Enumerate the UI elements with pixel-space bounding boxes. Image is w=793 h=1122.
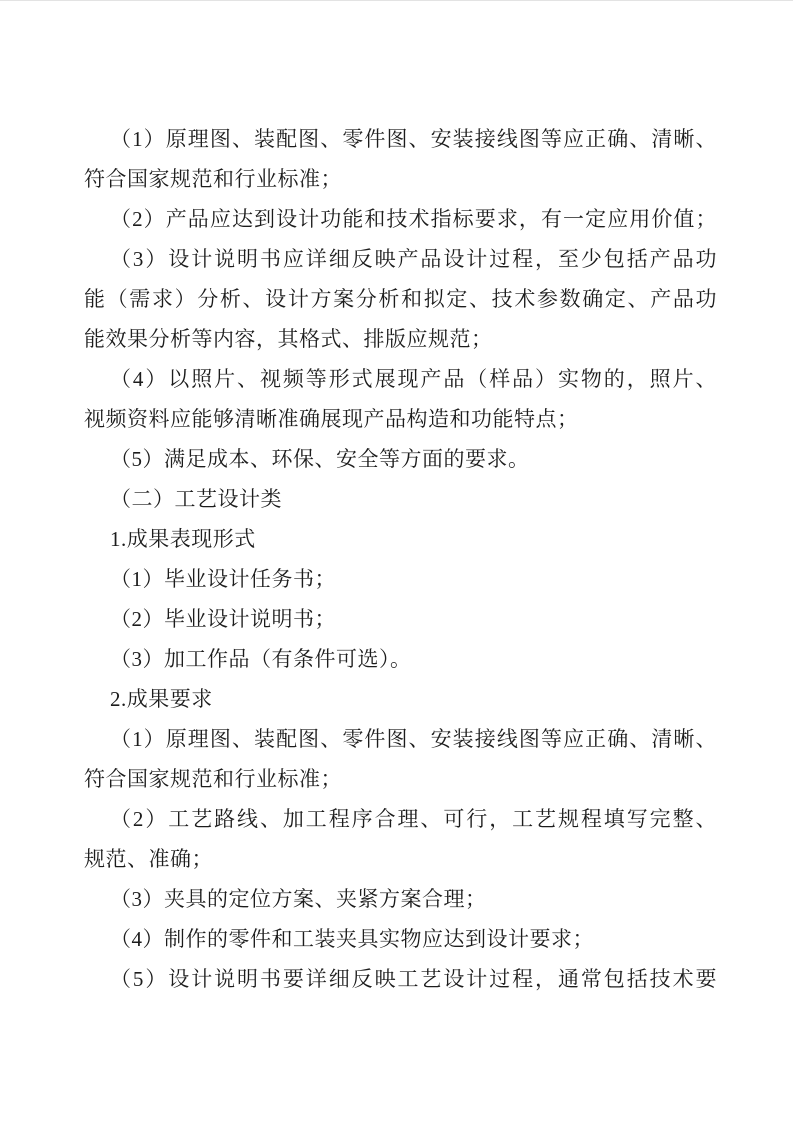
text-line: 视频资料应能够清晰准确展现产品构造和功能特点；	[84, 399, 717, 439]
text-line: （1）原理图、装配图、零件图、安装接线图等应正确、清晰、	[84, 719, 717, 759]
text-line: 符合国家规范和行业标准；	[84, 159, 717, 199]
text-line: （二）工艺设计类	[84, 479, 717, 519]
text-line: （3）加工作品（有条件可选）。	[84, 639, 717, 679]
text-line: （2）产品应达到设计功能和技术指标要求，有一定应用价值；	[84, 199, 717, 239]
text-line: （4）制作的零件和工装夹具实物应达到设计要求；	[84, 919, 717, 959]
text-line: 符合国家规范和行业标准；	[84, 759, 717, 799]
text-line: （2）毕业设计说明书；	[84, 599, 717, 639]
text-line: （5）设计说明书要详细反映工艺设计过程，通常包括技术要	[84, 959, 717, 999]
text-line: （4）以照片、视频等形式展现产品（样品）实物的，照片、	[84, 359, 717, 399]
text-line: 能（需求）分析、设计方案分析和拟定、技术参数确定、产品功	[84, 279, 717, 319]
text-line: 规范、准确；	[84, 839, 717, 879]
text-line: 1.成果表现形式	[84, 519, 717, 559]
text-line: （2）工艺路线、加工程序合理、可行，工艺规程填写完整、	[84, 799, 717, 839]
document-page: （1）原理图、装配图、零件图、安装接线图等应正确、清晰、符合国家规范和行业标准；…	[0, 0, 793, 1122]
text-line: （3）夹具的定位方案、夹紧方案合理；	[84, 879, 717, 919]
text-line: （1）毕业设计任务书；	[84, 559, 717, 599]
text-line: （3）设计说明书应详细反映产品设计过程，至少包括产品功	[84, 239, 717, 279]
text-line: 2.成果要求	[84, 679, 717, 719]
document-body: （1）原理图、装配图、零件图、安装接线图等应正确、清晰、符合国家规范和行业标准；…	[84, 119, 717, 999]
text-line: 能效果分析等内容，其格式、排版应规范；	[84, 319, 717, 359]
text-line: （5）满足成本、环保、安全等方面的要求。	[84, 439, 717, 479]
text-line: （1）原理图、装配图、零件图、安装接线图等应正确、清晰、	[84, 119, 717, 159]
